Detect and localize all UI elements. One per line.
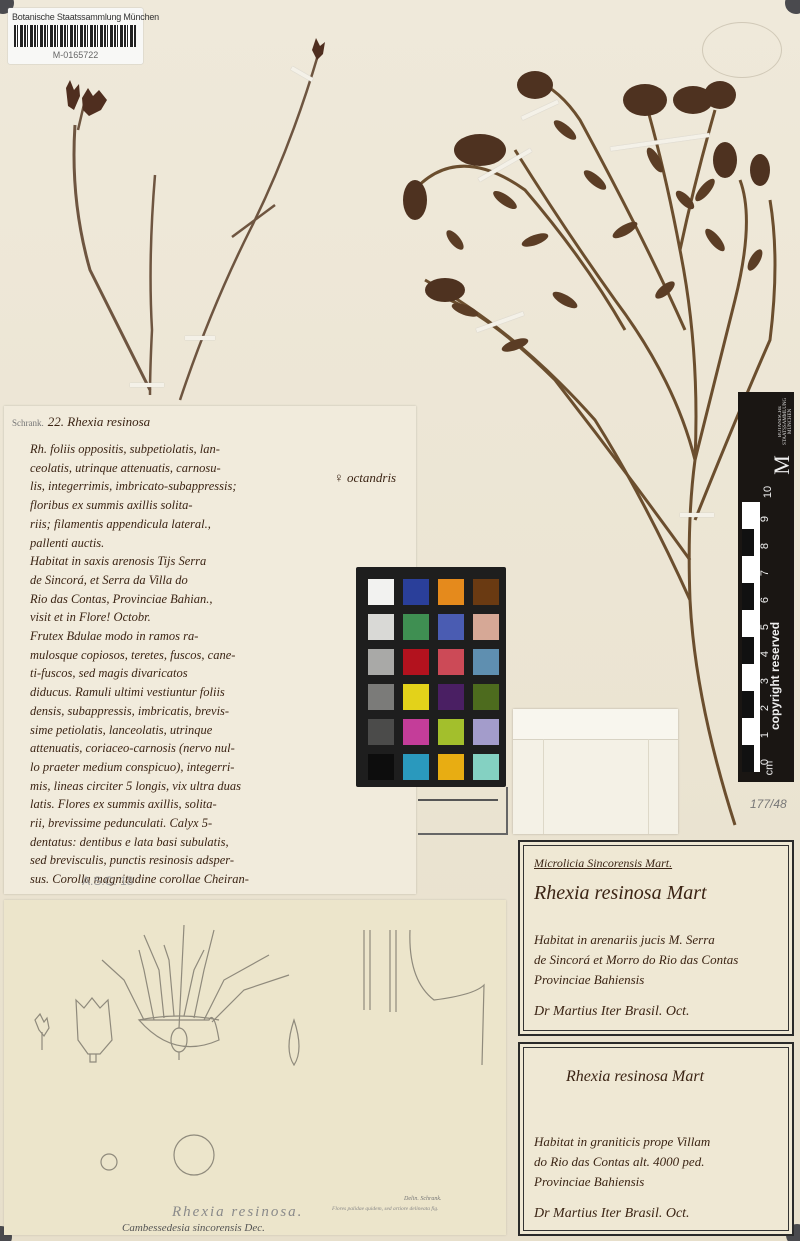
notes-heading: Schrank.22. Rhexia resinosa [12,414,150,430]
label-2-collector: Dr Martius Iter Brasil. Oct. [534,1206,690,1222]
color-patch [368,754,394,780]
ruler-tick-label: 1 [759,732,771,738]
ruler-tick-label: 4 [759,651,771,657]
color-patch [403,754,429,780]
color-calibration-chart [356,567,506,787]
notes-line: riis; filamentis appendicula lateral., [30,515,360,534]
drawing-caption: Rhexia resinosa. [172,1204,303,1221]
color-patch [368,614,394,640]
color-patch [473,719,499,745]
scale-bar: BOTANISCHE STAATSSAMMLUNG MÜNCHEN M copy… [738,392,794,782]
accession-number: 177/48 [750,797,787,811]
ruler-segment [742,637,754,664]
ruler-tick-label: 10 [762,486,774,498]
label-1-province: Provinciae Bahiensis [534,972,644,988]
color-patch [438,614,464,640]
flower-dissection-sketch [4,900,506,1200]
notes-line: latis. Flores ex summis axillis, solita- [30,795,360,814]
color-patch [438,719,464,745]
label-1-name: Rhexia resinosa Mart [534,882,707,905]
ruler-tick-label: 0 [759,759,771,765]
drawing-artist: Delin. Schrank. [404,1196,442,1202]
ruler-segment [742,583,754,610]
notes-line: sed brevisculis, punctis resinosis adspe… [30,851,360,870]
ruler-tick-label: 7 [759,570,771,576]
pencil-note: A.S.C. 18 [82,874,133,888]
notes-line: sus. Corolla magnitudine corollae Cheira… [30,870,360,889]
color-patch [438,649,464,675]
herbarium-sheet: Botanische Staatssammlung München M-0165… [0,0,800,1241]
frame-lines [418,787,508,835]
mounting-strap [130,383,164,387]
institution-logo-icon: M [769,455,795,475]
ruler-tick-label: 2 [759,705,771,711]
color-patch [473,684,499,710]
notes-line: Rh. foliis oppositis, subpetiolatis, lan… [30,440,360,459]
notes-line: mis, lineas circiter 5 longis, vix ultra… [30,777,360,796]
color-patch [368,649,394,675]
envelope-flap [513,709,678,740]
color-patch [368,579,394,605]
color-patch [403,719,429,745]
determination-label-2: Rhexia resinosa Mart Habitat in granitic… [518,1042,794,1236]
notes-line: visit et in Flore! Octobr. [30,608,360,627]
notes-body: Rh. foliis oppositis, subpetiolatis, lan… [30,440,360,889]
label-1-collector: Dr Martius Iter Brasil. Oct. [534,1004,690,1020]
ruler-tick-label: 3 [759,678,771,684]
notes-line: de Sincorá, et Serra da Villa do [30,571,360,590]
notes-line: Frutex Bdulae modo in ramos ra- [30,627,360,646]
notes-line: lis, integerrimis, imbricato-subappressi… [30,477,360,496]
label-2-province: Provinciae Bahiensis [534,1174,644,1190]
notes-line: floribus ex summis axillis solita- [30,496,360,515]
mounting-strap [185,336,215,340]
notes-line: Rio das Contas, Provinciae Bahian., [30,590,360,609]
ruler-tick-label: 8 [759,543,771,549]
botanical-drawing: Rhexia resinosa. Cambessedesia sincorens… [4,900,506,1235]
ruler-tick-label: 6 [759,597,771,603]
notes-line: pallenti auctis. [30,534,360,553]
ruler-segment [742,529,754,556]
copyright-text: copyright reserved [768,510,790,730]
color-patch [473,754,499,780]
label-2-habitat-1: Habitat in graniticis prope Villam [534,1134,710,1150]
specimen-left-stems [0,0,360,410]
color-patch [473,579,499,605]
color-patch [368,719,394,745]
color-patch [438,754,464,780]
mounting-strap [680,513,714,517]
drawing-note: Flores palidae quidem, sed artiore delin… [332,1206,439,1212]
notes-line: dentatus: dentibus e lata basi subulatis… [30,833,360,852]
notes-line: lo praeter medium conspicuo), integerri- [30,758,360,777]
notes-title: 22. Rhexia resinosa [48,414,150,429]
notes-line: sime petiolatis, lanceolatis, utrinque [30,721,360,740]
field-notes-sheet: Schrank.22. Rhexia resinosa ♀ octandris … [4,406,416,894]
notes-line: ceolatis, utrinque attenuatis, carnosu- [30,459,360,478]
color-patch [403,684,429,710]
color-patch [438,684,464,710]
ruler-tick-label: 9 [759,516,771,522]
drawing-synonym: Cambessedesia sincorensis Dec. [122,1222,265,1234]
envelope-fold [648,739,649,834]
ruler-segment [742,745,754,772]
author-mark: Schrank. [12,418,44,428]
notes-line: densis, subappressis, imbricatis, brevis… [30,702,360,721]
color-patch [473,649,499,675]
notes-line: mulosque copiosos, teretes, fuscos, cane… [30,646,360,665]
color-patch [368,684,394,710]
notes-line: attenuatis, coriaceo-carnosis (nervo nul… [30,739,360,758]
scale-institution: BOTANISCHE STAATSSAMMLUNG MÜNCHEN [778,396,792,446]
label-2-habitat-2: do Rio das Contas alt. 4000 ped. [534,1154,704,1170]
label-2-name: Rhexia resinosa Mart [566,1068,704,1086]
label-1-habitat-1: Habitat in arenariis jucis M. Serra [534,932,715,948]
color-patch [473,614,499,640]
ruler-tick-label: 5 [759,624,771,630]
envelope-fold [543,739,544,834]
determination-label-1: Microlicia Sincorensis Mart. Rhexia resi… [518,840,794,1036]
label-1-name-old: Microlicia Sincorensis Mart. [534,856,672,871]
ruler [742,502,760,772]
color-patch [403,579,429,605]
color-patch [438,579,464,605]
label-1-habitat-2: de Sincorá et Morro do Rio das Contas [534,952,738,968]
notes-line: rii, brevissime pedunculati. Calyx 5- [30,814,360,833]
notes-line: Habitat in saxis arenosis Tijs Serra [30,552,360,571]
notes-line: ti-fuscos, sed magis divaricatos [30,664,360,683]
ruler-segment [742,691,754,718]
notes-line: diducus. Ramuli ultimi vestiuntur foliis [30,683,360,702]
color-patch [403,614,429,640]
color-patch [403,649,429,675]
fragment-envelope [513,709,678,834]
